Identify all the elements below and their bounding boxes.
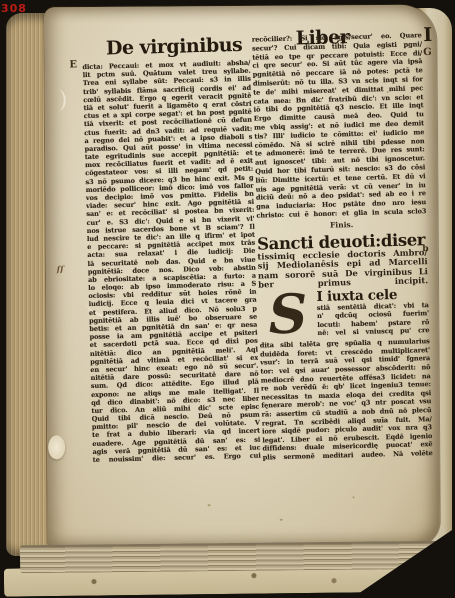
marginal-letter-g: G [423,47,432,58]
book-numeral: I [423,25,432,45]
right-column-closing-text: recōcilier?: Si sic agis/secur' eo. Quar… [252,31,427,220]
left-text-column: dicta: Peccaui: et mox vt audiuit: absha… [82,59,260,464]
finis-colophon: Finis. [257,218,427,231]
incipit-indent-lines: stiā sentētiā dicat': vbi tan' qdcūq oci… [317,301,430,337]
text-line: nē: vel si vniuscq pu' cre [317,326,429,337]
incipit-block: S I iuxta cele stiā sentētiā dicat': vbi… [258,287,429,341]
bottom-page-edges [20,541,444,573]
running-title-left: De virginibus [106,35,243,59]
marginal-pen-mark: ſſ [57,265,64,273]
right-column-body: dita sibi talēta grę spūalia q numulariu… [260,337,433,462]
page-content: De virginibus Liber I E G b ſſ dicta: Pe… [39,1,445,553]
drop-cap-initial: S [258,288,317,340]
right-text-column: recōcilier?: Si sic agis/secur' eo. Quar… [252,31,433,462]
book-page: De virginibus Liber I E G b ſſ dicta: Pe… [44,5,440,550]
book-photograph: 308 De virginibus Liber I E G b ſſ dicta… [0,0,455,598]
incipit-text: I iuxta cele stiā sentētiā dicat': vbi t… [316,287,429,340]
marginal-letter-e: E [69,59,77,70]
